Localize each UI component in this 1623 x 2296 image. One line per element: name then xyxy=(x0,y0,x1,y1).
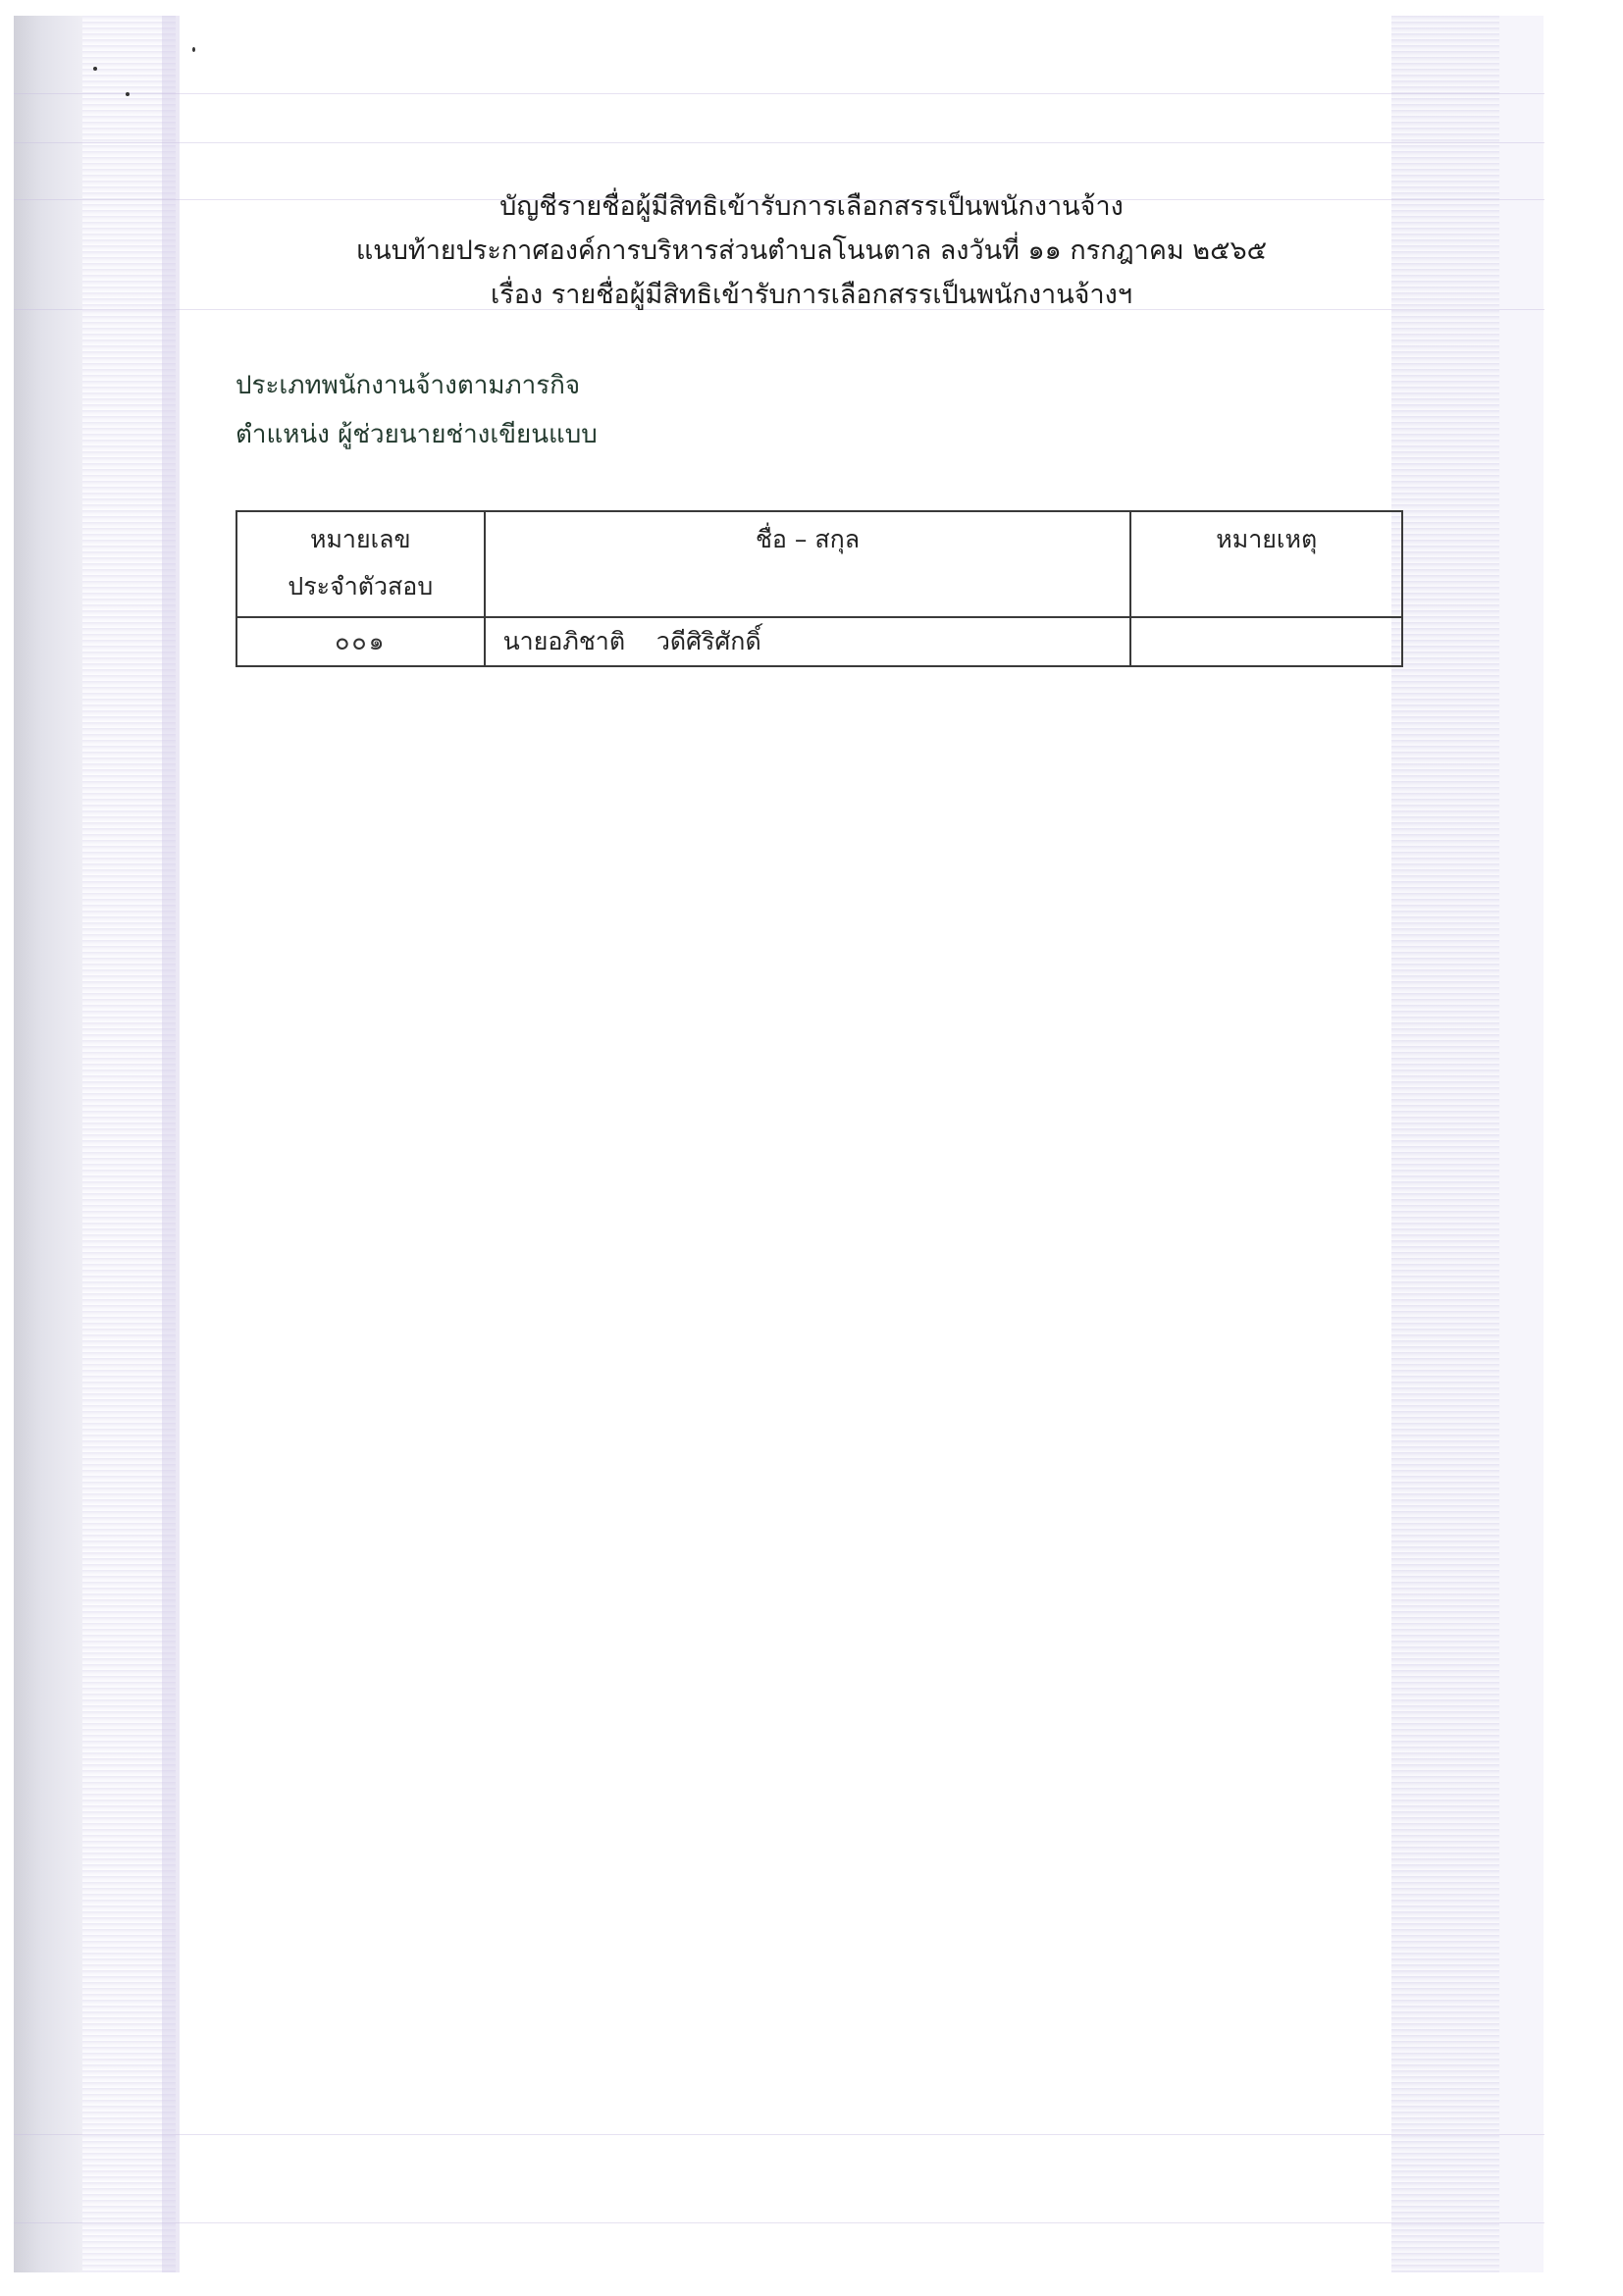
scan-speck xyxy=(93,67,97,71)
cell-exam-id: ๐๐๑ xyxy=(236,617,485,666)
column-header-name: ชื่อ – สกุล xyxy=(485,511,1131,617)
cell-name: นายอภิชาติ วดีศิริศักดิ์ xyxy=(485,617,1131,666)
scan-noise-left-edge xyxy=(162,16,180,2272)
scan-line xyxy=(14,93,1544,94)
scan-speck xyxy=(126,92,130,96)
scan-line xyxy=(14,142,1544,143)
employee-type: ประเภทพนักงานจ้างตามภารกิจ xyxy=(236,361,598,410)
header-title: บัญชีรายชื่อผู้มีสิทธิเข้ารับการเลือกสรร… xyxy=(0,184,1623,229)
scan-speck xyxy=(192,47,195,52)
scan-shadow-left xyxy=(14,16,82,2272)
column-header-exam-id: หมายเลข ประจำตัวสอบ xyxy=(236,511,485,617)
scan-noise-right-edge xyxy=(1499,16,1544,2272)
position-info: ประเภทพนักงานจ้างตามภารกิจ ตำแหน่ง ผู้ช่… xyxy=(236,361,598,459)
position-title: ตำแหน่ง ผู้ช่วยนายช่างเขียนแบบ xyxy=(236,410,598,459)
scan-line xyxy=(14,2134,1544,2135)
table-row: ๐๐๑ นายอภิชาติ วดีศิริศักดิ์ xyxy=(236,617,1402,666)
column-header-remark: หมายเหตุ xyxy=(1130,511,1402,617)
candidate-table: หมายเลข ประจำตัวสอบ ชื่อ – สกุล หมายเหตุ… xyxy=(236,510,1403,667)
scan-noise-right xyxy=(1391,16,1499,2272)
column-header-exam-id-line1: หมายเลข xyxy=(237,516,484,563)
header-subject: เรื่อง รายชื่อผู้มีสิทธิเข้ารับการเลือกส… xyxy=(0,273,1623,317)
column-header-remark-label: หมายเหตุ xyxy=(1131,512,1401,563)
column-header-exam-id-line2: ประจำตัวสอบ xyxy=(237,563,484,610)
table-header-row: หมายเลข ประจำตัวสอบ ชื่อ – สกุล หมายเหตุ xyxy=(236,511,1402,617)
document-header: บัญชีรายชื่อผู้มีสิทธิเข้ารับการเลือกสรร… xyxy=(0,184,1623,317)
header-announcement-ref: แนบท้ายประกาศองค์การบริหารส่วนตำบลโนนตาล… xyxy=(0,229,1623,273)
scan-line xyxy=(14,2222,1544,2223)
column-header-name-label: ชื่อ – สกุล xyxy=(486,512,1130,563)
cell-remark xyxy=(1130,617,1402,666)
